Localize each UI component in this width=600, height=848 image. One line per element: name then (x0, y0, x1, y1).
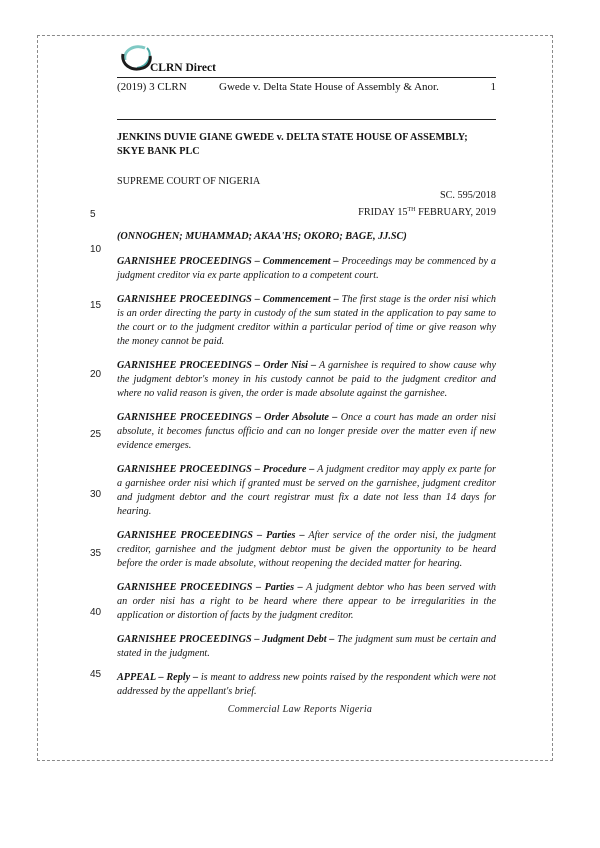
held-subject: GARNISHEE PROCEEDINGS – Procedure – (117, 464, 314, 475)
line-number: 30 (90, 489, 101, 500)
line-number: 25 (90, 429, 101, 440)
held-subject: GARNISHEE PROCEEDINGS – Order Absolute – (117, 412, 337, 423)
coram: (ONNOGHEN; MUHAMMAD; AKAA'HS; OKORO; BAG… (117, 230, 496, 244)
page-number: 1 (491, 81, 497, 93)
held-subject: GARNISHEE PROCEEDINGS – Judgment Debt – (117, 634, 334, 645)
footer: Commercial Law Reports Nigeria (0, 704, 600, 715)
line-number: 45 (90, 669, 101, 680)
line-number: 15 (90, 300, 101, 311)
held-note: APPEAL – Reply – is meant to address new… (117, 671, 496, 699)
judgment-date: FRIDAY 15TH FEBRUARY, 2019 (117, 203, 496, 220)
line-number: 5 (90, 209, 96, 220)
held-note: GARNISHEE PROCEEDINGS – Procedure – A ju… (117, 463, 496, 519)
court-name: SUPREME COURT OF NIGERIA (117, 175, 496, 189)
held-subject: GARNISHEE PROCEEDINGS – Parties – (117, 582, 303, 593)
date-month-year: FEBRUARY, 2019 (416, 207, 496, 218)
held-note: GARNISHEE PROCEEDINGS – Order Nisi – A g… (117, 359, 496, 401)
held-subject: GARNISHEE PROCEEDINGS – Commencement – (117, 294, 339, 305)
held-subject: GARNISHEE PROCEEDINGS – Commencement – (117, 256, 339, 267)
document-body: JENKINS DUVIE GIANE GWEDE v. DELTA STATE… (117, 131, 496, 709)
short-title: Gwede v. Delta State House of Assembly &… (219, 81, 439, 93)
held-notes: GARNISHEE PROCEEDINGS – Commencement – P… (117, 255, 496, 699)
line-number: 10 (90, 244, 101, 255)
brand-name: CLRN Direct (150, 62, 216, 74)
line-number: 35 (90, 548, 101, 559)
held-note: GARNISHEE PROCEEDINGS – Parties – A judg… (117, 581, 496, 623)
line-number: 40 (90, 607, 101, 618)
date-day: FRIDAY 15 (358, 207, 407, 218)
date-ordinal: TH (408, 207, 416, 213)
held-subject: APPEAL – Reply – (117, 672, 198, 683)
held-note: GARNISHEE PROCEEDINGS – Commencement – P… (117, 255, 496, 283)
held-subject: GARNISHEE PROCEEDINGS – Order Nisi – (117, 360, 316, 371)
citation: (2019) 3 CLRN (117, 81, 187, 93)
held-note: GARNISHEE PROCEEDINGS – Parties – After … (117, 529, 496, 571)
case-title: JENKINS DUVIE GIANE GWEDE v. DELTA STATE… (117, 131, 496, 159)
held-note: GARNISHEE PROCEEDINGS – Order Absolute –… (117, 411, 496, 453)
held-subject: GARNISHEE PROCEEDINGS – Parties – (117, 530, 305, 541)
suit-number: SC. 595/2018 (117, 189, 496, 203)
held-note: GARNISHEE PROCEEDINGS – Judgment Debt – … (117, 633, 496, 661)
header-rule (117, 77, 496, 78)
header-bottom-rule (117, 119, 496, 120)
line-number: 20 (90, 369, 101, 380)
held-note: GARNISHEE PROCEEDINGS – Commencement – T… (117, 293, 496, 349)
